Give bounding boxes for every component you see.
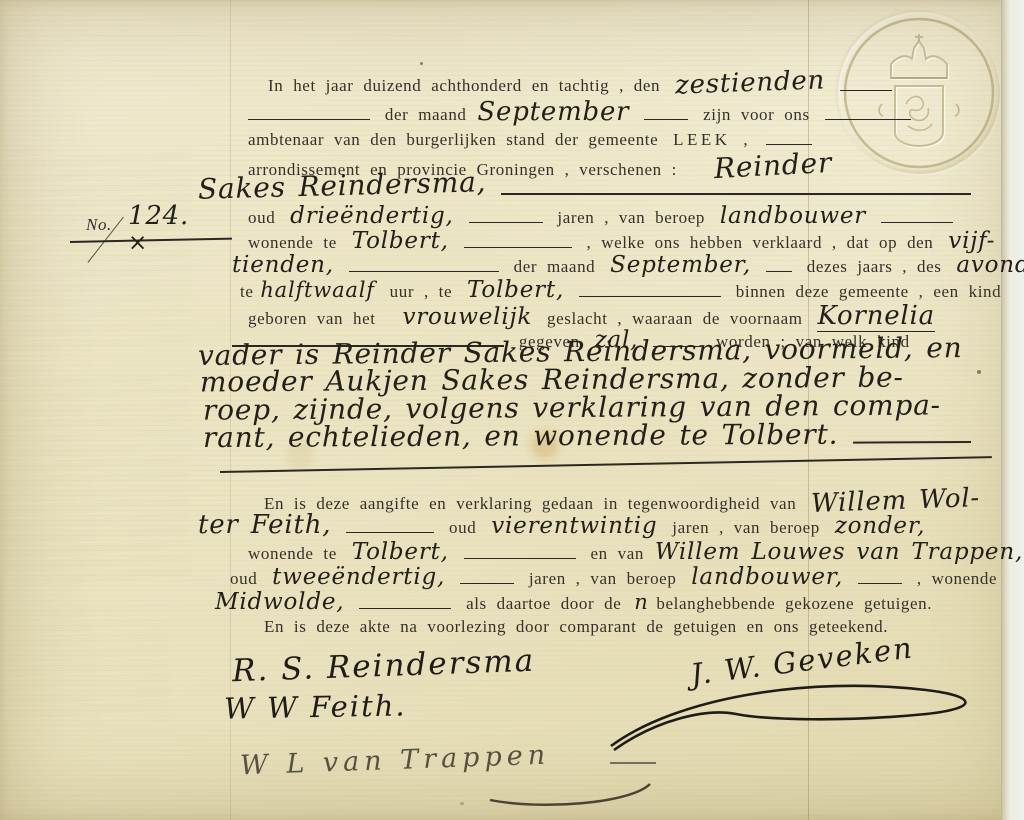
handwritten-occupation: landbouwer xyxy=(720,203,866,229)
printed-text: jaren , van beroep xyxy=(557,208,705,227)
blank-rule xyxy=(766,268,792,272)
printed-text: wonende te xyxy=(248,233,337,252)
blank-rule xyxy=(644,116,688,120)
handwritten-letter-insert: n xyxy=(634,590,648,614)
handwritten-birth-month: September, xyxy=(610,252,751,278)
document-scan: No. 124. × In het jaar duizend achthonde… xyxy=(0,0,1024,820)
printed-text: En is deze aangifte en verklaring gedaan… xyxy=(264,494,796,513)
witness-line-1: En is deze aangifte en verklaring gedaan… xyxy=(264,490,985,515)
blank-rule xyxy=(469,219,543,223)
act-number-label: No. xyxy=(86,215,112,234)
blank-rule xyxy=(349,268,499,272)
blank-rule xyxy=(346,529,434,533)
signature-text: W W Feith. xyxy=(224,688,407,725)
handwritten-age: drieëndertig, xyxy=(290,203,453,229)
handwritten-child-name: Kornelia xyxy=(817,301,934,332)
handwritten-month: September xyxy=(477,97,629,127)
printed-text: jaren , van beroep xyxy=(672,518,820,537)
blank-rule xyxy=(464,244,572,248)
printed-text: In het jaar duizend achthonderd en tacht… xyxy=(268,76,660,95)
signature-text: W L van Trappen xyxy=(240,740,551,782)
signature-dash xyxy=(610,762,656,764)
handwritten-day: zestienden xyxy=(675,69,826,96)
handwritten-witness1-occupation: zonder, xyxy=(835,513,926,539)
printed-text: der maand xyxy=(385,105,467,124)
handwritten-declarant-first-name: Reinder xyxy=(713,152,832,180)
closing-line: En is deze akte na voorlezing door compa… xyxy=(264,616,893,638)
signature-flourish xyxy=(596,668,1006,758)
handwritten-witness1-age: vierentwintig xyxy=(491,513,657,539)
printed-text: oud xyxy=(248,208,275,227)
cross-mark: × xyxy=(128,230,148,256)
printed-text: der maand xyxy=(514,257,596,276)
handwritten-witness1-name-part1: Willem Wol- xyxy=(811,487,981,515)
handwritten-birth-day-part2: tienden, xyxy=(232,252,334,278)
form-line-6: oud drieëndertig, jaren , van beroep lan… xyxy=(248,205,958,229)
signature-witness-trappen: W L van Trappen xyxy=(240,740,551,782)
ink-speck xyxy=(977,370,981,374)
printed-text: ambtenaar van den burgerlijken stand der… xyxy=(248,130,658,149)
blank-rule xyxy=(501,190,971,195)
blank-rule xyxy=(359,605,451,609)
blank-rule xyxy=(248,116,370,120)
scanner-edge-strip xyxy=(1001,0,1024,820)
blank-rule xyxy=(853,438,971,444)
printed-text: jaren , van beroep xyxy=(529,569,677,588)
parents-paragraph-line-4: rant, echtelieden, en wonende te Tolbert… xyxy=(203,423,976,453)
blank-rule xyxy=(766,141,812,145)
signature-declarant: R. S. Reindersma xyxy=(231,643,535,690)
printed-text: en van xyxy=(591,544,644,563)
blank-rule xyxy=(881,219,953,223)
form-line-5: Sakes Reindersma, xyxy=(198,175,976,201)
signature-text: J. W. Geveken xyxy=(689,630,916,691)
signature-official: J. W. Geveken xyxy=(689,630,916,691)
printed-text: als daartoe door de xyxy=(466,594,621,613)
printed-text: belanghebbende gekozene getuigen. xyxy=(656,594,932,613)
signature-text: R. S. Reindersma xyxy=(231,643,535,690)
margin-cross-line: × xyxy=(128,232,153,256)
handwritten-birth-day-part1: vijf- xyxy=(948,228,995,254)
blank-rule xyxy=(858,580,902,584)
handwritten-witness2-occupation: landbouwer, xyxy=(691,564,843,590)
handwritten-witness2-name: Willem Louwes van Trappen, xyxy=(655,539,1023,565)
printed-text: geboren van het xyxy=(248,309,376,328)
printed-text: wonende te xyxy=(248,544,337,563)
ink-speck xyxy=(460,802,464,805)
form-line-3: ambtenaar van den burgerlijken stand der… xyxy=(248,129,817,151)
handwritten-hour: halftwaalf xyxy=(260,278,374,302)
handwritten-word: zal, xyxy=(595,327,639,353)
printed-text: dezes jaars , des xyxy=(807,257,942,276)
handwritten-gender: vrouwelijk xyxy=(402,304,532,330)
blank-rule xyxy=(464,555,576,559)
printed-text: oud xyxy=(230,569,257,588)
bleed-through-smudge xyxy=(0,370,190,580)
ink-speck xyxy=(420,62,423,65)
handwritten-witness2-age: tweeëndertig, xyxy=(272,564,445,590)
printed-text: , welke ons hebben verklaard , dat op de… xyxy=(587,233,934,252)
printed-text: uur , te xyxy=(390,282,452,301)
printed-text: oud xyxy=(449,518,476,537)
signature-witness-feith: W W Feith. xyxy=(224,688,407,725)
blank-rule xyxy=(825,116,911,120)
blank-rule xyxy=(460,580,514,584)
form-line-2: der maand September zijn voor ons xyxy=(248,101,916,126)
form-line-9: te halftwaalf uur , te Tolbert, binnen d… xyxy=(240,279,1024,303)
signature-underline-flourish xyxy=(480,778,660,814)
blank-rule xyxy=(579,293,721,297)
printed-text: te xyxy=(240,282,253,301)
handwritten-witness1-residence: Tolbert, xyxy=(352,539,449,565)
printed-text: geslacht , waaraan de voornaam xyxy=(547,309,803,328)
printed-text: binnen deze gemeente , een kind is xyxy=(736,282,1024,301)
handwritten-birth-place: Tolbert, xyxy=(467,277,564,303)
blank-rule xyxy=(840,87,892,91)
handwritten-time-of-day: avonds xyxy=(956,252,1024,278)
witness-line-4: oud tweeëndertig, jaren , van beroep lan… xyxy=(230,566,1024,590)
form-line-1: In het jaar duizend achthonderd en tacht… xyxy=(268,72,897,97)
form-line-10: geboren van het vrouwelijk geslacht , wa… xyxy=(248,305,940,330)
handwritten-witness2-residence: Midwolde, xyxy=(215,589,344,615)
printed-text: zijn voor ons xyxy=(703,105,810,124)
form-line-8: tienden, der maand September, dezes jaar… xyxy=(232,254,1024,278)
handwritten-residence: Tolbert, xyxy=(352,228,449,254)
act-number-value-line: 124. xyxy=(128,205,194,230)
handwritten-declarant-surname: Sakes Reindersma, xyxy=(198,171,487,201)
printed-municipality: LEEK , xyxy=(673,130,751,149)
printed-text: En is deze akte na voorlezing door compa… xyxy=(264,617,888,636)
form-line-7: wonende te Tolbert, , welke ons hebben v… xyxy=(248,230,1000,254)
witness-line-5: Midwolde, als daartoe door de n belanghe… xyxy=(215,591,937,615)
section-divider-rule xyxy=(220,456,992,473)
handwritten-residence-line: rant, echtelieden, en wonende te Tolbert… xyxy=(203,418,838,454)
act-number-value: 124. xyxy=(128,201,189,231)
witness-line-3: wonende te Tolbert, en van Willem Louwes… xyxy=(248,541,1024,565)
bleed-through-smudge xyxy=(10,600,170,720)
handwritten-witness1-name-part2: ter Feith, xyxy=(198,510,331,540)
